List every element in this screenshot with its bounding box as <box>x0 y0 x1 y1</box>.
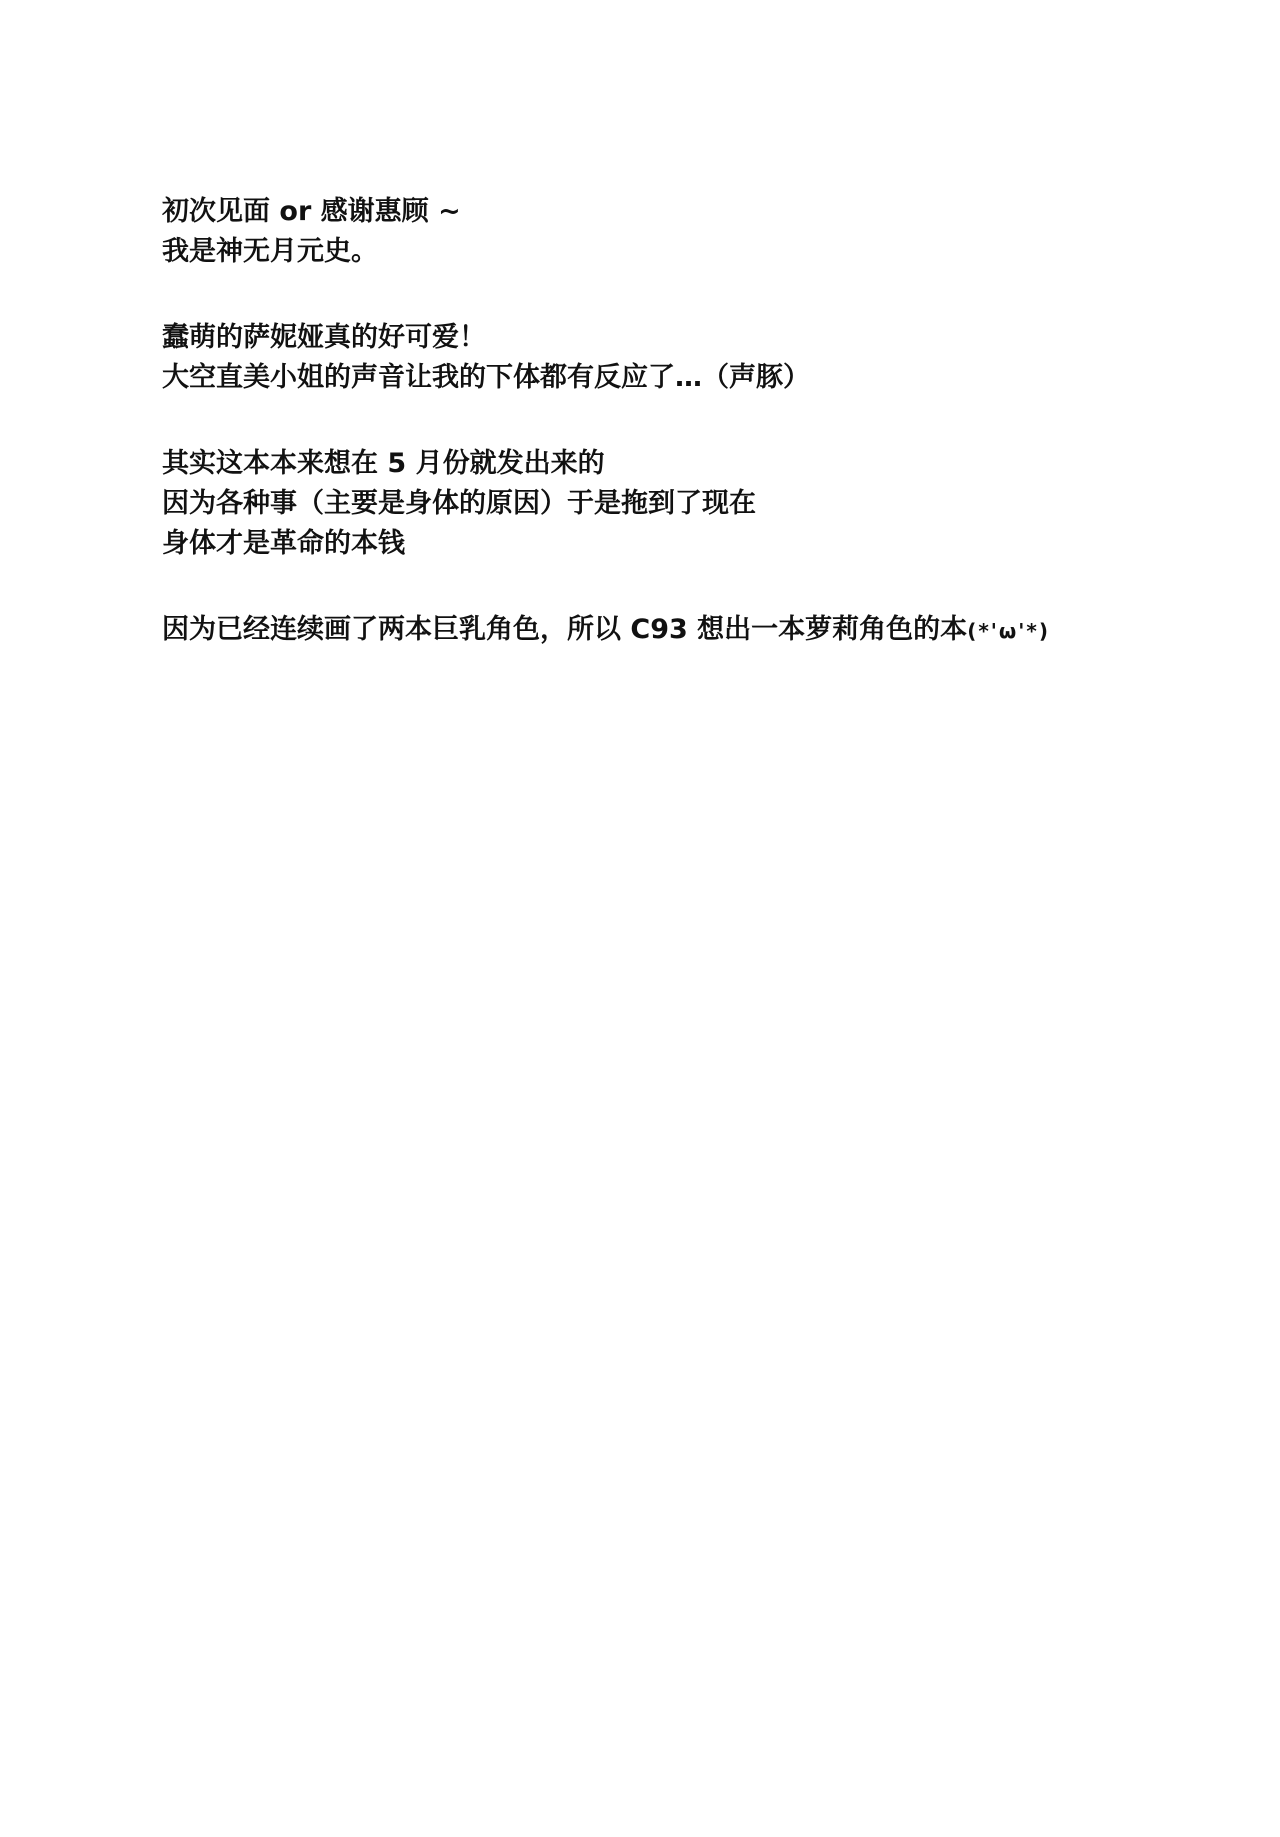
character-comment-paragraph: 蠢萌的萨妮娅真的好可爱！ 大空直美小姐的声音让我的下体都有反应了…（声豚） <box>162 318 1262 398</box>
next-plan-paragraph: 因为已经连续画了两本巨乳角色，所以 C93 想出一本萝莉角色的本(*'ω'*) <box>162 610 1262 651</box>
text-line: 因为已经连续画了两本巨乳角色，所以 C93 想出一本萝莉角色的本(*'ω'*) <box>162 610 1262 651</box>
delay-explanation-paragraph: 其实这本本来想在 5 月份就发出来的 因为各种事（主要是身体的原因）于是拖到了现… <box>162 444 1262 564</box>
greeting-paragraph: 初次见面 or 感谢惠顾 ~ 我是神无月元史。 <box>162 192 1262 272</box>
text-line-body: 因为已经连续画了两本巨乳角色，所以 C93 想出一本萝莉角色的本 <box>162 614 967 645</box>
afterword-page: 初次见面 or 感谢惠顾 ~ 我是神无月元史。 蠢萌的萨妮娅真的好可爱！ 大空直… <box>162 192 1262 697</box>
text-line: 身体才是革命的本钱 <box>162 524 1262 564</box>
text-line: 蠢萌的萨妮娅真的好可爱！ <box>162 318 1262 358</box>
text-line: 大空直美小姐的声音让我的下体都有反应了…（声豚） <box>162 358 1262 398</box>
text-line: 其实这本本来想在 5 月份就发出来的 <box>162 444 1262 484</box>
text-line: 我是神无月元史。 <box>162 232 1262 272</box>
text-line: 因为各种事（主要是身体的原因）于是拖到了现在 <box>162 484 1262 524</box>
kaomoji: (*'ω'*) <box>967 619 1050 643</box>
text-line: 初次见面 or 感谢惠顾 ~ <box>162 192 1262 232</box>
